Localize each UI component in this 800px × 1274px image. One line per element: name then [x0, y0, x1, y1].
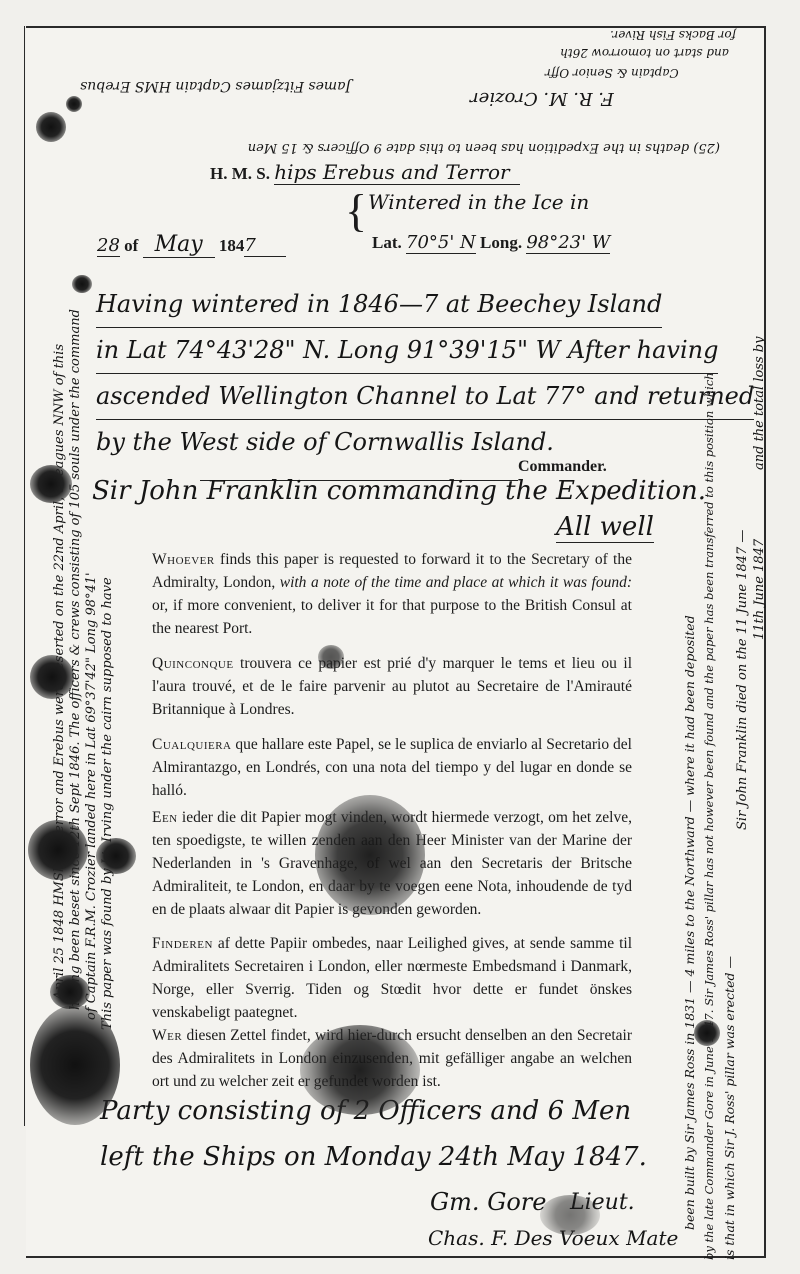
- right-margin-note-franklin-died: Sir John Franklin died on the 11 June 18…: [735, 530, 750, 830]
- lat-label: Lat.: [372, 233, 402, 252]
- ink-blot: [28, 820, 88, 880]
- lat-value: 70°5' N: [406, 232, 476, 254]
- french-lead: Quinconque: [152, 655, 234, 672]
- date-day: 28: [97, 235, 120, 257]
- margin-note-crozier-signature: F. R. M. Crozier: [470, 88, 614, 109]
- ink-blot: [66, 96, 82, 112]
- notice-spanish: Cualquiera que hallare este Papel, se le…: [152, 733, 632, 802]
- torn-left-edge: [24, 26, 29, 1126]
- english-lead: Whoever: [152, 551, 215, 568]
- right-margin-note-total-loss: and the total loss by: [752, 337, 767, 470]
- ink-blot: [72, 275, 92, 293]
- right-margin-note-pillar: by the late Commander Gore in June 1847.…: [702, 372, 716, 1260]
- body-line-2: in Lat 74°43'28" N. Long 91°39'15" W Aft…: [96, 328, 718, 374]
- ink-blot: [30, 1005, 120, 1125]
- dutch-lead: Een: [152, 809, 178, 826]
- long-label: Long.: [480, 233, 522, 252]
- gore-signature: Gm. Gore: [430, 1188, 546, 1216]
- seal-stain-signature: [540, 1195, 600, 1235]
- brace: {: [345, 188, 367, 234]
- margin-note-deaths: (25) deaths in the Expedition has been t…: [120, 140, 720, 155]
- hms-printed-label: H. M. S.: [210, 164, 270, 183]
- margin-note-crozier-title: Captain & Senior Offr: [545, 66, 679, 80]
- handwritten-body: Having wintered in 1846—7 at Beechey Isl…: [96, 282, 756, 465]
- spanish-lead: Cualquiera: [152, 736, 232, 753]
- margin-note-fitzjames-signature: James Fitzjames Captain HMS Erebus: [80, 78, 351, 94]
- ship-names: hips Erebus and Terror: [274, 160, 519, 185]
- body-line-1: Having wintered in 1846—7 at Beechey Isl…: [96, 282, 662, 328]
- left-ships-line: left the Ships on Monday 24th May 1847.: [100, 1142, 647, 1172]
- right-margin-note-erected: is that in which Sir J. Ross' pillar was…: [722, 956, 737, 1260]
- date-year-hand: 7: [244, 235, 285, 257]
- all-well-status: All well: [556, 512, 654, 543]
- right-margin-note-deposited: been built by Sir James Ross in 1831 — 4…: [682, 615, 697, 1230]
- danish-lead: Finderen: [152, 935, 213, 952]
- left-margin-note-4: This paper was found by Lt. Irving under…: [100, 577, 115, 1030]
- desvoeux-rank: Mate: [626, 1226, 678, 1250]
- body-line-4: by the West side of Cornwallis Island.: [96, 420, 554, 465]
- right-margin-note-june: 11th June 1847: [752, 539, 767, 640]
- wintered-line: Wintered in the Ice in: [368, 190, 589, 214]
- left-margin-note-3: of Captain F.R.M. Crozier landed here in…: [84, 572, 99, 1020]
- date-of-label: of: [124, 236, 138, 255]
- ink-blot: [30, 655, 74, 699]
- german-lead: Wer: [152, 1027, 182, 1044]
- coordinates-line: Lat. 70°5' N Long. 98°23' W: [372, 232, 610, 253]
- commander-label: Commander.: [518, 458, 607, 476]
- notice-danish: Finderen af dette Papiir ombedes, naar L…: [152, 932, 632, 1024]
- date-month: May: [143, 232, 215, 258]
- date-year-printed: 184: [219, 236, 245, 255]
- date-line: 28 of May 1847: [97, 232, 286, 257]
- notice-french: Quinconque trouvera ce papier est prié d…: [152, 652, 632, 721]
- long-value: 98°23' W: [526, 232, 610, 254]
- margin-note-fish-river: for Backs Fish River.: [610, 28, 736, 42]
- ink-blot: [96, 838, 136, 874]
- ink-blot: [318, 645, 344, 669]
- left-margin-note-2: having been beset since 12th Sept 1846. …: [68, 309, 83, 1010]
- ink-blot: [30, 465, 72, 503]
- franklin-signature-line: Sir John Franklin commanding the Expedit…: [92, 476, 706, 506]
- margin-note-start-tomorrow: and start on tomorrow 26th: [560, 46, 729, 60]
- hms-line: H. M. S. hips Erebus and Terror: [210, 160, 520, 184]
- ink-blot: [694, 1020, 720, 1046]
- notice-english: Whoever finds this paper is requested to…: [152, 548, 632, 640]
- ink-blot: [50, 975, 90, 1009]
- margin-note-deaths-text: (25) deaths in the Expedition has been t…: [248, 140, 720, 155]
- seal-stain-center: [315, 795, 425, 915]
- seal-stain-lower: [300, 1025, 420, 1115]
- ink-blot: [36, 112, 66, 142]
- body-line-3: ascended Wellington Channel to Lat 77° a…: [96, 374, 754, 420]
